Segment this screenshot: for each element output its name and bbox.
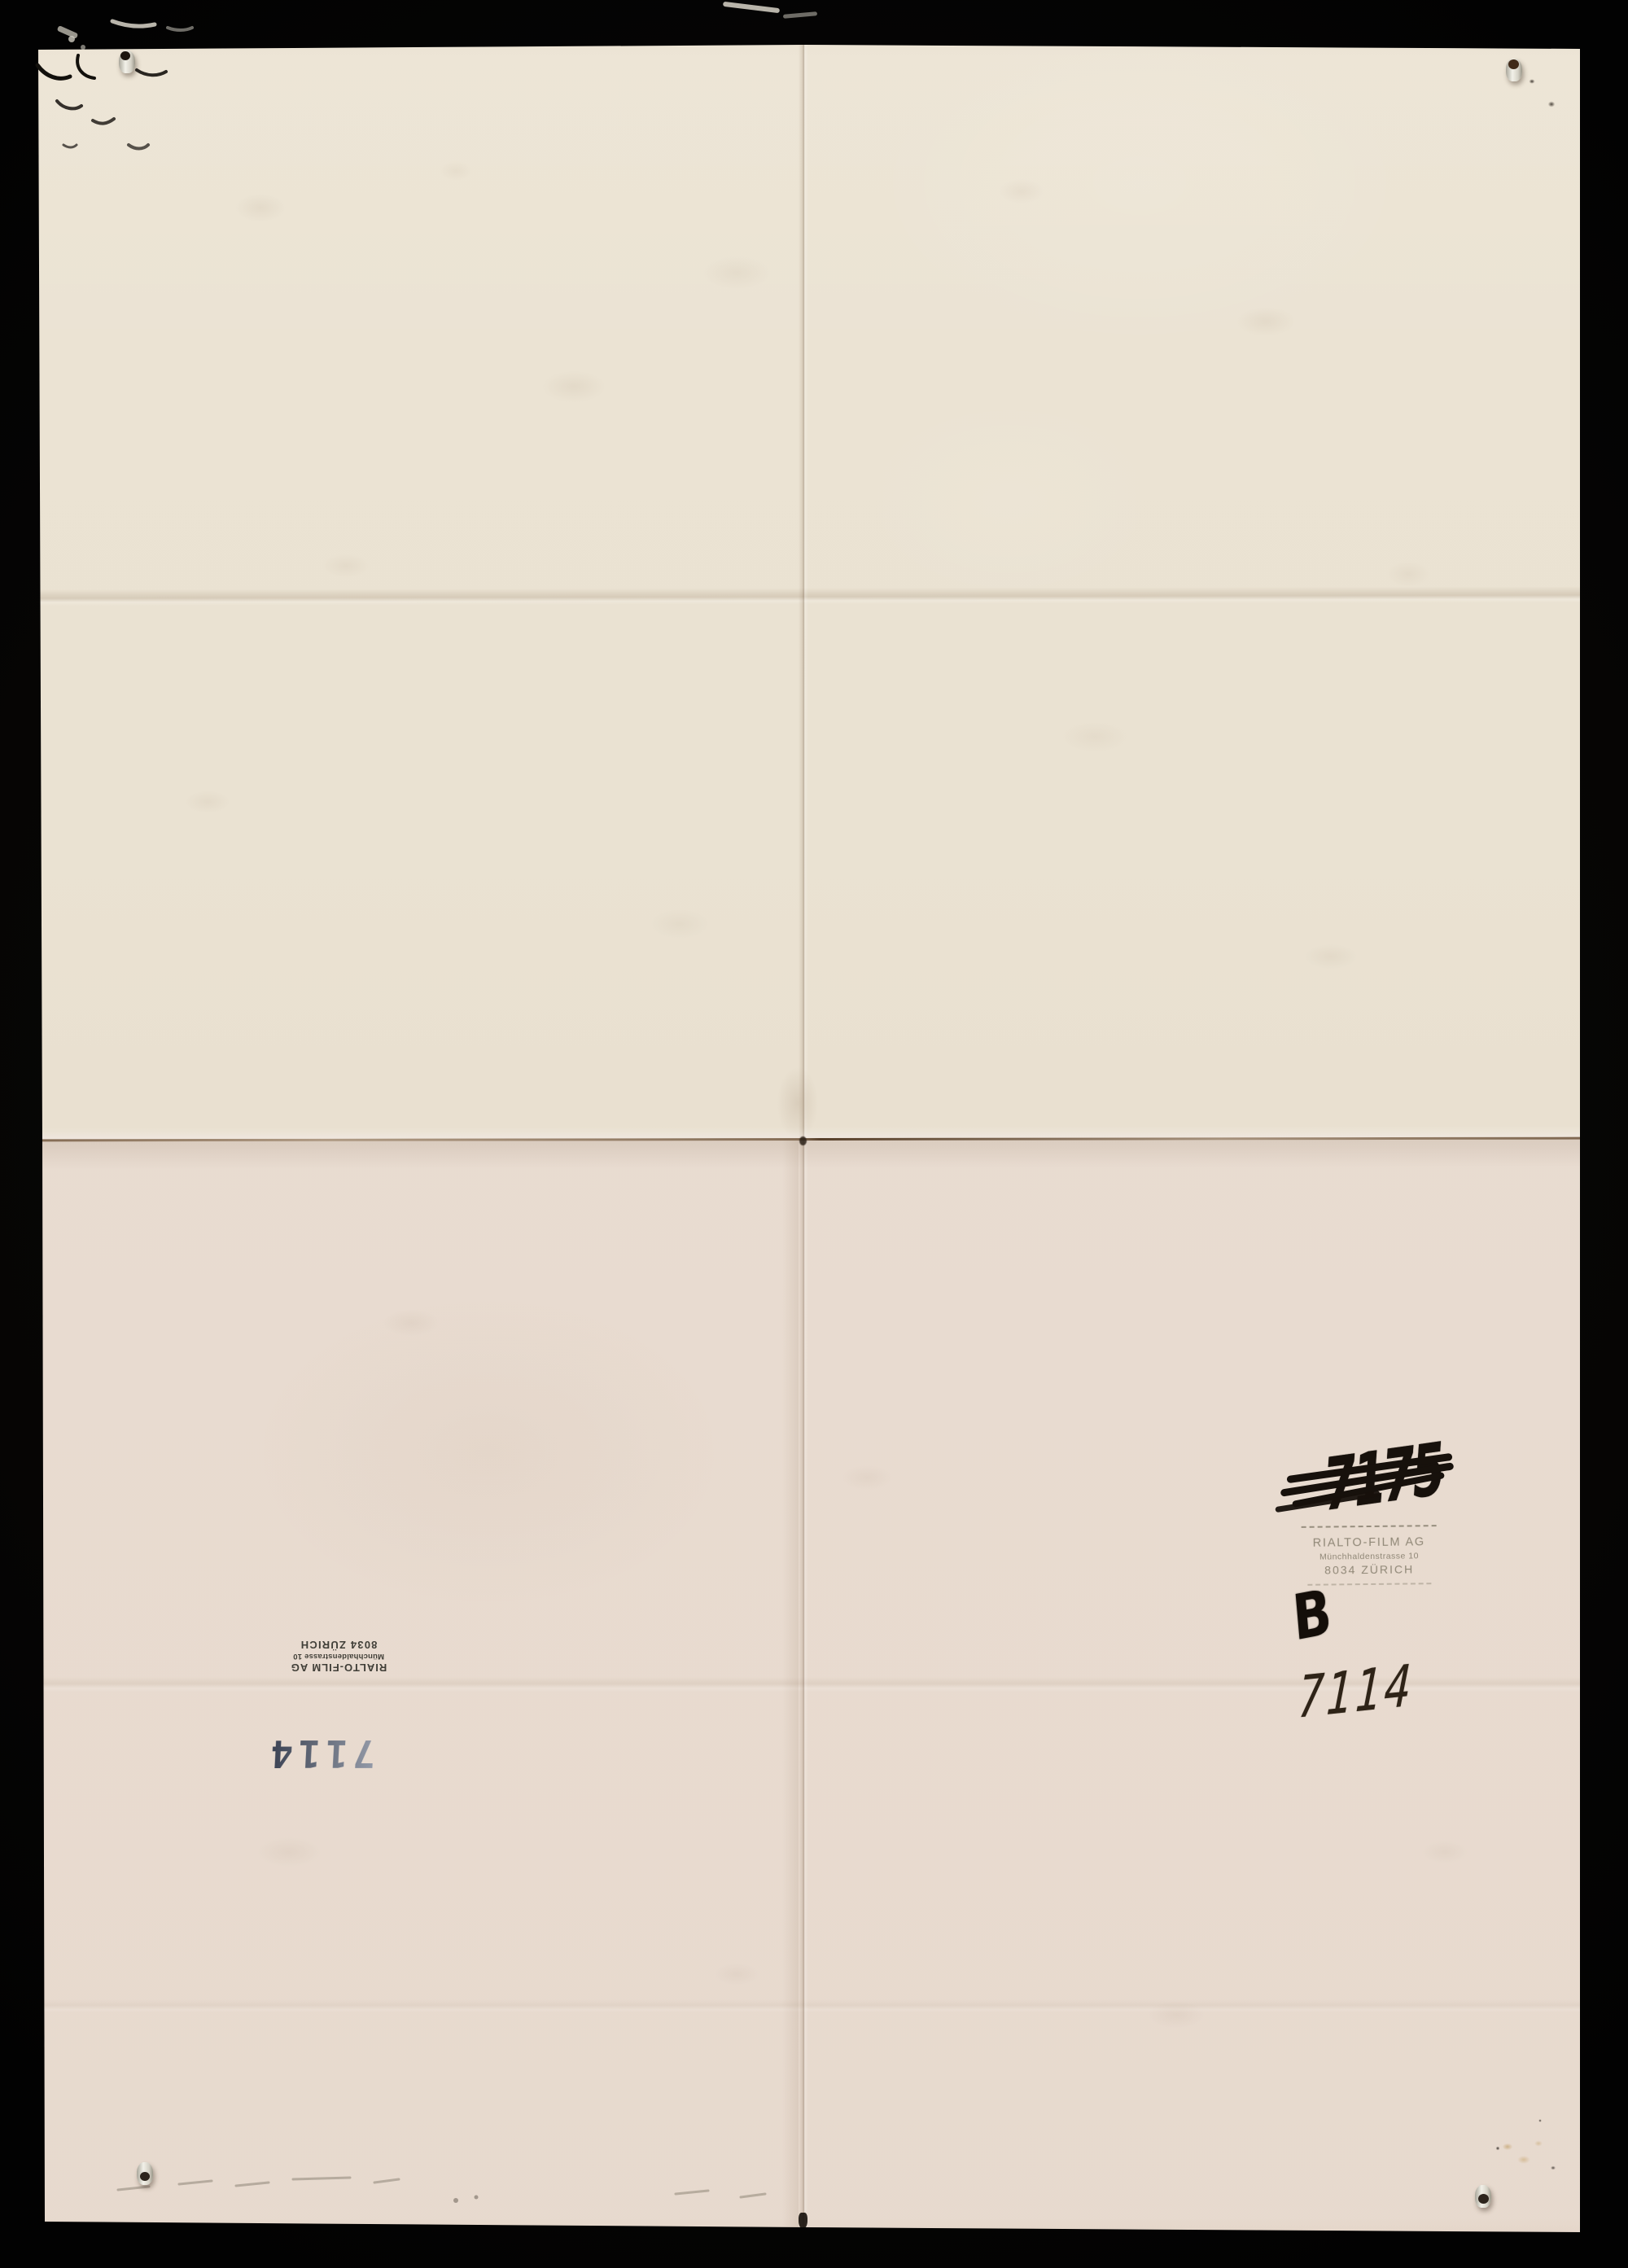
photograph-stage: 7175 RIALTO-FILM AG Münchhaldenstrasse 1… (0, 0, 1628, 2268)
bottom-left-smudge-marks (106, 2169, 822, 2218)
handwritten-number: 7114 (1291, 1656, 1419, 1728)
quarter-fold-crease-top (0, 586, 1628, 606)
marker-letter-b: B (1290, 1582, 1333, 1648)
stamp-company-name: RIALTO-FILM AG (283, 1661, 394, 1675)
pin-hole (140, 2172, 150, 2181)
stamp-street-address: Münchhaldenstrasse 10 (1302, 1550, 1437, 1563)
stamp-company-name: RIALTO-FILM AG (1302, 1534, 1437, 1552)
folded-poster-back-sheet: 7175 RIALTO-FILM AG Münchhaldenstrasse 1… (0, 0, 1628, 2268)
stamped-number-upside-down: 7114 (263, 1731, 379, 1776)
distributor-stamp-upside-down: RIALTO-FILM AG Münchhaldenstrasse 10 803… (283, 1638, 394, 1675)
pin-hole (1478, 2194, 1489, 2204)
center-fold-wrinkle (769, 1050, 826, 1156)
push-pin-bottom-right (1475, 2185, 1491, 2208)
center-fold-pinhole (799, 1136, 807, 1145)
faint-crease-bottom (0, 1999, 1628, 2012)
bottom-right-stain-specks (1481, 2096, 1579, 2192)
top-left-corner-damage (15, 7, 275, 186)
pin-hole (1508, 59, 1519, 69)
crossed-out-number: 7175 (1299, 1448, 1442, 1513)
scratch-strokes (37, 21, 192, 149)
stamp-city: 8034 ZÜRICH (283, 1638, 394, 1651)
backdrop-scratch-mark (783, 11, 817, 19)
stamp-dashed-rule (1302, 1525, 1437, 1528)
backdrop-scratch-mark (723, 2, 780, 13)
smudge-strokes (118, 2178, 765, 2203)
push-pin-top-right (1506, 59, 1522, 81)
stamp-street-address: Münchhaldenstrasse 10 (283, 1651, 394, 1661)
top-right-ink-specks (1524, 72, 1569, 124)
push-pin-bottom-left (137, 2162, 153, 2185)
